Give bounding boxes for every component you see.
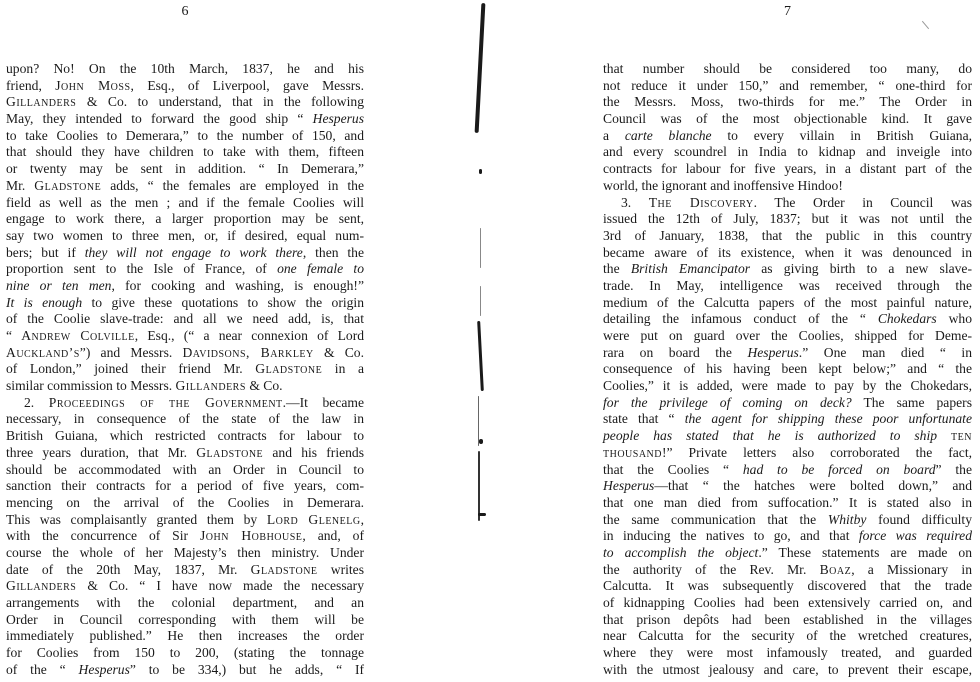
text-segment: mencing on the arrival of the Coolies in… [6,495,364,510]
text-segment: to give these quotations to show the ori… [82,295,364,310]
text-segment: “ [6,328,21,343]
text-line: proportion sent to the Isle of France, o… [6,261,364,278]
text-segment: the Messrs. Moss, two-thirds for me.” Th… [603,94,972,109]
text-segment: thousand [603,445,662,460]
text-segment: rara on board the [603,345,747,360]
text-segment: proportion sent to the Isle of France, o… [6,261,277,276]
text-line: immediately published.” He then increase… [6,628,364,645]
text-segment: Gladstone [251,562,318,577]
text-segment: Council was of the most objectionable ki… [603,111,972,126]
text-line: for Coolies from 150 to 200, (stating th… [6,645,364,662]
text-segment: .” These statements are made on [758,545,972,560]
text-segment: nine or ten men [6,278,111,293]
text-line: world, the ignorant and inoffensive Hind… [603,178,972,195]
text-line: Mr. Gladstone adds, “ the females are em… [6,178,364,195]
text-line: of kidnapping Coolies had been extensive… [603,595,972,612]
text-line: rara on board the Hesperus.” One man die… [603,345,972,362]
text-segment: It is enough [6,295,82,310]
text-segment: ”) and Messrs. [80,345,183,360]
text-segment: , [361,512,364,527]
right-page-text: that number should be considered too man… [603,61,972,678]
text-line: necessary, in consequence of the state o… [6,411,364,428]
text-segment: or twenty may be sent in addition. “ In … [6,161,364,176]
text-segment: The Discovery [649,195,754,210]
text-segment: people has stated that he is authorized … [603,428,937,443]
text-segment: Lord Glenelg [267,512,361,527]
text-line: “ Andrew Colville, Esq., (“ a near conne… [6,328,364,345]
text-line: This was complaisantly granted them by L… [6,512,364,529]
text-line: Order in Council corresponding with them… [6,612,364,629]
text-line: British Guiana, which restricted contrac… [6,428,364,445]
text-segment: adds, “ the females are employed in the [101,178,364,193]
text-segment: Whitby [828,512,867,527]
text-line: of the “ Hesperus” to be 334,) but he ad… [6,662,364,679]
text-segment: of the Coolie slave-trade: and all we ne… [6,311,364,326]
text-segment: Hesperus [79,662,130,677]
text-segment: a [603,128,625,143]
text-segment: . The Order in Council was [754,195,972,210]
text-line: for the privilege of coming on deck? The… [603,395,972,412]
text-segment: , and, of [302,528,364,543]
text-segment: Calcutta. It was subsequently discovered… [603,578,972,593]
book-spine-gutter [478,3,482,682]
text-line: nine or ten men, for cooking and washing… [6,278,364,295]
text-segment: say two women to three men, or, if desir… [6,228,364,243]
text-segment: John Moss [55,78,130,93]
text-segment: to accomplish the object [603,545,758,560]
text-segment: friend, [6,78,55,93]
text-segment: the [603,261,631,276]
text-line: where they were most infamously treated,… [603,645,972,662]
text-segment: for the privilege of coming on deck? [603,395,852,410]
text-segment: , then the [303,245,364,260]
text-line: trade. In May, intelligence was received… [603,278,972,295]
text-segment: 3. [621,195,649,210]
text-line: the same communication that the Whitby f… [603,512,972,529]
text-segment: that number should be considered too man… [603,61,972,76]
text-line: detailing the infamous conduct of the “ … [603,311,972,328]
text-line: Coolies,” it is added, were made to pay … [603,378,972,395]
text-segment: upon? No! On the 10th March, 1837, he an… [6,61,364,76]
text-segment: of London,” joined their friend Mr. [6,361,255,376]
text-segment: of kidnapping Coolies had been extensive… [603,595,972,610]
text-line: or twenty may be sent in addition. “ In … [6,161,364,178]
text-segment: world, the ignorant and inoffensive Hind… [603,178,843,193]
text-segment: trade. In May, intelligence was received… [603,278,972,293]
text-segment: Chokedars [878,311,937,326]
text-segment: immediately published.” He then increase… [6,628,364,643]
text-line: should be accommodated with an Order in … [6,462,364,479]
text-segment: May, they intended to forward the good s… [6,111,313,126]
text-segment: John Hobhouse [200,528,302,543]
text-segment: ” to be 334,) but he adds, “ If [130,662,364,677]
text-segment: arrangements with the colonial departmen… [6,595,364,610]
text-segment [937,428,951,443]
text-segment: Auckland’s [6,345,80,360]
text-segment: state that “ [603,411,685,426]
text-line: to accomplish the object.” These stateme… [603,545,972,562]
text-segment: were put on guard over the Coolies, ship… [603,328,972,343]
text-line: Gillanders & Co. “ I have now made the n… [6,578,364,595]
text-line: people has stated that he is authorized … [603,428,972,445]
text-line: to take Coolies to Demerara,” to the num… [6,128,364,145]
text-segment: medium of the Calcutta papers of the mos… [603,295,972,310]
left-page-text: upon? No! On the 10th March, 1837, he an… [6,61,364,678]
text-line: consequence of his having been kept belo… [603,361,972,378]
text-line: medium of the Calcutta papers of the mos… [603,295,972,312]
text-segment: became aware of its existence, when it w… [603,245,972,260]
page-number: 6 [6,4,364,20]
text-line: with the utmost jealousy and care, to pr… [603,662,972,679]
text-line: the authority of the Rev. Mr. Boaz, a Mi… [603,562,972,579]
text-segment: Gillanders [176,378,246,393]
text-segment: Gillanders [6,94,76,109]
text-line: that should they have children to take w… [6,144,364,161]
text-line: issued the 12th of July, 1837; but it wa… [603,211,972,228]
text-segment: & Co. to understand, that in the followi… [76,94,364,109]
text-segment: found difficulty [866,512,972,527]
text-line: engage to work there, a larger proportio… [6,211,364,228]
text-line: Auckland’s”) and Messrs. Davidsons, Bark… [6,345,364,362]
text-segment: Hesperus [747,345,798,360]
text-segment: date of the 20th May, 1837, Mr. [6,562,251,577]
text-line: became aware of its existence, when it w… [603,245,972,262]
text-segment: Gladstone [34,178,101,193]
text-segment: the authority of the Rev. Mr. [603,562,820,577]
text-line: that number should be considered too man… [603,61,972,78]
text-segment: in inducing the natives to go, and that [603,528,859,543]
text-segment: & Co. [246,378,283,393]
text-segment: to take Coolies to Demerara,” to the num… [6,128,364,143]
text-segment: sanction their contracts for a period of… [6,478,364,493]
text-segment: Hesperus [313,111,364,126]
text-segment: with the utmost jealousy and care, to pr… [603,662,972,677]
text-segment: Boaz [820,562,852,577]
text-line: near Calcutta for the security of the wr… [603,628,972,645]
text-segment: who [937,311,972,326]
text-segment: that prison depôts had been established … [603,612,972,627]
text-line: 3. The Discovery. The Order in Council w… [603,195,972,212]
text-segment: that the Coolies “ [603,462,743,477]
text-segment: course the whole of her Majesty’s then m… [6,545,364,560]
text-segment: Order in Council corresponding with them… [6,612,364,627]
text-line: three years duration, that Mr. Gladstone… [6,445,364,462]
text-line: say two women to three men, or, if desir… [6,228,364,245]
text-segment: , for cooking and washing, is enough!” [111,278,364,293]
text-line: of London,” joined their friend Mr. Glad… [6,361,364,378]
text-segment: The same papers [852,395,972,410]
text-segment: British Guiana, which restricted contrac… [6,428,364,443]
text-line: upon? No! On the 10th March, 1837, he an… [6,61,364,78]
text-line: state that “ the agent for shipping thes… [603,411,972,428]
text-line: the British Emancipator as giving birth … [603,261,972,278]
text-line: 3rd of January, 1838, that the public in… [603,228,972,245]
text-line: that prison depôts had been established … [603,612,972,629]
text-line: Council was of the most objectionable ki… [603,111,972,128]
text-line: Calcutta. It was subsequently discovered… [603,578,972,595]
text-segment: Gladstone [196,445,263,460]
text-segment: issued the 12th of July, 1837; but it wa… [603,211,972,226]
text-segment: that should they have children to take w… [6,144,364,159]
text-segment: Proceedings of the Government [49,395,283,410]
text-segment: Gillanders [6,578,76,593]
text-segment: bers; but if [6,245,85,260]
text-segment: force was required [859,528,972,543]
text-segment: the agent for shipping these poor unfort… [685,411,972,426]
text-line: not reduce it under 150,” and remember, … [603,78,972,95]
text-segment: 3rd of January, 1838, that the public in… [603,228,972,243]
text-segment: where they were most infamously treated,… [603,645,972,660]
text-segment: not reduce it under 150,” and remember, … [603,78,972,93]
text-segment: Hesperus [603,478,654,493]
text-segment: consequence of his having been kept belo… [603,361,972,376]
text-line: similar commission to Messrs. Gillanders… [6,378,364,395]
text-line: were put on guard over the Coolies, ship… [603,328,972,345]
text-line: with the concurrence of Sir John Hobhous… [6,528,364,545]
text-line: mencing on the arrival of the Coolies in… [6,495,364,512]
text-line: field as well as the men ; and if the fe… [6,195,364,212]
text-line: and every scoundrel in India to kidnap a… [603,144,972,161]
text-line: friend, John Moss, Esq., of Liverpool, g… [6,78,364,95]
text-segment: Coolies,” it is added, were made to pay … [603,378,972,393]
text-segment: the same communication that the [603,512,828,527]
text-segment: ten [951,428,972,443]
text-line: of the Coolie slave-trade: and all we ne… [6,311,364,328]
text-segment: detailing the infamous conduct of the “ [603,311,878,326]
text-segment: field as well as the men ; and if the fe… [6,195,364,210]
text-segment: one female to [277,261,364,276]
text-segment: ” the [936,462,972,477]
text-line: in inducing the natives to go, and that … [603,528,972,545]
text-segment: to every villain in British Guiana, [712,128,972,143]
text-line: that the Coolies “ had to be forced on b… [603,462,972,479]
page-number: 7 [603,4,972,20]
text-line: contracts for labour for five years, in … [603,161,972,178]
text-segment: —that “ the hatches were bolted down,” a… [654,478,972,493]
text-segment: , Esq., (“ a near connexion of Lord [135,328,364,343]
text-segment: , a Missionary in [851,562,972,577]
text-segment: Andrew Colville [21,328,135,343]
text-segment: engage to work there, a larger proportio… [6,211,364,226]
text-segment: had to be forced on board [743,462,936,477]
text-segment: .” One man died “ in [799,345,972,360]
text-segment: similar commission to Messrs. [6,378,176,393]
text-segment: carte blanche [625,128,712,143]
text-segment: & Co. [314,345,364,360]
text-line: course the whole of her Majesty’s then m… [6,545,364,562]
text-segment: writes [318,562,364,577]
text-segment: and every scoundrel in India to kidnap a… [603,144,972,159]
text-line: arrangements with the colonial departmen… [6,595,364,612]
text-segment: near Calcutta for the security of the wr… [603,628,972,643]
text-line: the Messrs. Moss, two-thirds for me.” Th… [603,94,972,111]
text-segment: in a [322,361,364,376]
text-line: 2. Proceedings of the Government.—It bec… [6,395,364,412]
text-line: that one man died from suffocation.” It … [603,495,972,512]
text-segment: This was complaisantly granted them by [6,512,267,527]
text-segment: with the concurrence of Sir [6,528,200,543]
text-line: It is enough to give these quotations to… [6,295,364,312]
text-line: date of the 20th May, 1837, Mr. Gladston… [6,562,364,579]
text-segment: & Co. “ I have now made the necessary [76,578,364,593]
text-line: a carte blanche to every villain in Brit… [603,128,972,145]
text-segment: , Esq., of Liverpool, gave Messrs. [131,78,364,93]
text-segment: necessary, in consequence of the state o… [6,411,364,426]
text-segment: Davidsons, Barkley [182,345,313,360]
text-segment: .—It became [283,395,364,410]
text-line: thousand!” Private letters also corrobor… [603,445,972,462]
text-segment: Mr. [6,178,34,193]
text-segment: for Coolies from 150 to 200, (stating th… [6,645,364,660]
text-segment: should be accommodated with an Order in … [6,462,364,477]
text-line: Gillanders & Co. to understand, that in … [6,94,364,111]
text-line: Hesperus—that “ the hatches were bolted … [603,478,972,495]
text-line: bers; but if they will not engage to wor… [6,245,364,262]
text-segment: 2. [24,395,49,410]
text-segment: as giving birth to a new slave- [750,261,972,276]
text-segment: contracts for labour for five years, in … [603,161,972,176]
text-segment: three years duration, that Mr. [6,445,196,460]
text-segment: Gladstone [255,361,322,376]
text-segment: British Emancipator [631,261,750,276]
text-segment: they will not engage to work there [85,245,303,260]
text-line: May, they intended to forward the good s… [6,111,364,128]
text-segment: and his friends [263,445,364,460]
text-segment: !” Private letters also corroborated the… [662,445,972,460]
page-corner-mark [922,21,929,29]
text-segment: of the “ [6,662,79,677]
text-line: sanction their contracts for a period of… [6,478,364,495]
text-segment: that one man died from suffocation.” It … [603,495,972,510]
